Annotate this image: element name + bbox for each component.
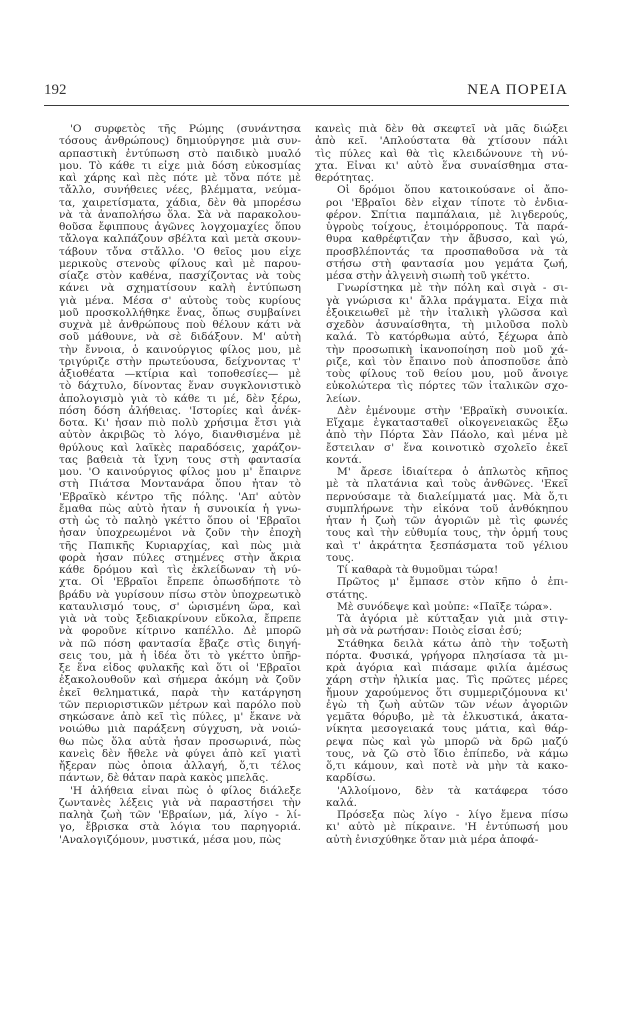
text-line: Τὰ ἀγόρια μὲ κύτταξαν γιὰ μιὰ στιγ- — [315, 613, 568, 625]
text-line: στὴ ὡς τὸ παληὸ γκέττο ὅπου οἱ 'Εβραῖοι — [48, 515, 301, 527]
right-column: κανεὶς πιὰ δὲν θὰ σκεφτεῖ νὰ μᾶς διώξειἀ… — [315, 123, 568, 846]
text-line: ζωντανὲς λέξεις γιὰ νὰ παραστήσει τὴν — [48, 797, 301, 809]
text-line: βράδυ νὰ γυρίσουν πίσω στὸν ὑποχρεωτικὸ — [48, 589, 301, 601]
text-line: ἀπολογισμὸ γιὰ τὸ κάθε τι μέ, δὲν ξέρω, — [48, 393, 301, 405]
text-line: ἔμαθα πὼς αὐτὸ ἦταν ἡ συνοικία ἡ γνω- — [48, 503, 301, 515]
text-line: καταυλισμό τους, σ' ὡρισμένη ὥρα, καὶ — [48, 601, 301, 613]
paragraph: 'Η ἀλήθεια εἶναι πὼς ὁ φίλος διάλεξεζωντ… — [48, 785, 301, 846]
text-line: 'Αναλογιζόμουν, μυστικά, μέσα μου, πὼς — [48, 834, 301, 846]
paragraph: Πρῶτος μ' ἔμπασε στὸν κῆπο ὁ ἐπι-στάτης. — [315, 576, 568, 601]
text-line: τάβουν τὄνα στἄλλο. 'Ο θεῖος μου εἶχε — [48, 246, 301, 258]
running-header: 192 ΝΕΑ ΠΟΡΕΙΑ — [44, 80, 568, 102]
text-line: ἀπὸ τὴν Πόρτα Σὰν Πάολο, καὶ μένα μὲ — [315, 429, 568, 441]
text-line: καὶ τ' ἀκράτητα ξεσπάσματα τοῦ γέλιου — [315, 540, 568, 552]
text-line: 'Η ἀλήθεια εἶναι πὼς ὁ φίλος διάλεξε — [48, 785, 301, 797]
text-line: γο, ἔβρισκα στὰ λόγια του παρηγοριά. — [48, 821, 301, 833]
text-line: γὰ γνώρισα κι' ἄλλα πράγματα. Εἶχα πιὰ — [315, 295, 568, 307]
text-line: στάτης. — [315, 589, 568, 601]
text-line: Στάθηκα δειλὰ κάτω ἀπὸ τὴν τοξωτὴ — [315, 638, 568, 650]
text-line: προσβλέποντάς τα προσπαθοῦσα νὰ τὰ — [315, 246, 568, 258]
text-line: τὶς πύλες καὶ θὰ τὶς κλειδώνουνε τὴ νύ- — [315, 148, 568, 160]
text-line: τἄλογα καλπάζουν σβέλτα καὶ μετὰ σκουν- — [48, 233, 301, 245]
text-line: σεις του, μὰ ἡ ἰδέα ὅτι τὸ γκέττο ὑπῆρ- — [48, 650, 301, 662]
text-line: 'Εβραϊκὸ κέντρο τῆς πόλης. 'Απ' αὐτὸν — [48, 491, 301, 503]
page-number: 192 — [44, 82, 67, 99]
text-line: σίαζε στὸν καθένα, πασχίζοντας νὰ τοὺς — [48, 270, 301, 282]
text-line: αὐτὴ ἐνισχύθηκε ὅταν μιὰ μέρα ἀποφά- — [315, 834, 568, 846]
text-line: ἀπὸ κεῖ. 'Απλούστατα θὰ χτίσουν πάλι — [315, 135, 568, 147]
text-line: καλά. — [315, 797, 568, 809]
text-line: καλά. Τὸ κατόρθωμα αὐτό, ξέχωρα ἀπὸ — [315, 331, 568, 343]
text-line: Πρόσεξα πὼς λίγο - λίγο ἔμενα πίσω — [315, 809, 568, 821]
text-line: γιὰ νὰ τοὺς ξεδιακρίνουν εὔκολα, ἔπρεπε — [48, 613, 301, 625]
text-line: τας βαθειὰ τὰ ἴχνη τους στὴ φαντασία — [48, 454, 301, 466]
text-line: ἐκεῖ θεληματικά, παρὰ τὴν κατάργηση — [48, 687, 301, 699]
text-line: ἔστειλαν σ' ἕνα κοινοτικὸ σχολεῖο ἐκεῖ — [315, 442, 568, 454]
text-line: μοῦ προσκολλήθηκε ἕνας, ὅπως συμβαίνει — [48, 307, 301, 319]
journal-title: ΝΕΑ ΠΟΡΕΙΑ — [467, 82, 568, 99]
paragraph: κανεὶς πιὰ δὲν θὰ σκεφτεῖ νὰ μᾶς διώξειἀ… — [315, 123, 568, 184]
text-line: χάρη στὴν ἡλικία μας. Τὶς πρῶτες μέρες — [315, 674, 568, 686]
text-line: 'Αλλοίμονο, δὲν τὰ κατάφερα τόσο — [315, 785, 568, 797]
text-line: ἀξιοθέατα —κτίρια καὶ τοποθεσίες— μὲ — [48, 368, 301, 380]
text-line: καὶ χάρης καὶ πὲς πότε μὲ τὄνα πότε μὲ — [48, 172, 301, 184]
text-line: ἐξακολουθοῦν καὶ σήμερα ἀκόμη νὰ ζοῦν — [48, 674, 301, 686]
text-line: Τί καθαρὰ τὰ θυμοῦμαι τώρα! — [315, 564, 568, 576]
text-line: Εἴχαμε ἐγκατασταθεῖ οἰκογενειακῶς ἔξω — [315, 417, 568, 429]
text-line: τῶν περιοριστικῶν μέτρων καὶ παρόλο ποὺ — [48, 699, 301, 711]
text-line: ἤμουν χαρούμενος ὅτι συμμεριζόμουνα κι' — [315, 687, 568, 699]
text-line: μὲ τὰ πλατάνια καὶ τοὺς ἀνθῶνες. 'Εκεῖ — [315, 478, 568, 490]
text-line: κανεὶς πιὰ δὲν θὰ σκεφτεῖ νὰ μᾶς διώξει — [315, 123, 568, 135]
text-line: τα, χαιρετίσματα, χάδια, δὲν θὰ μπορέσω — [48, 197, 301, 209]
text-line: τριγύριζε στὴν πρωτεύουσα, δείχνοντας τ' — [48, 356, 301, 368]
text-line: αρπαστικὴ ἐντύπωση στὸ παιδικὸ μυαλό — [48, 148, 301, 160]
text-line: εὐκολώτερα τὶς πόρτες τῶν ἰταλικῶν σχο- — [315, 380, 568, 392]
text-line: θω πὼς ὅλα αὐτὰ ἦσαν προσωρινά, πὼς — [48, 736, 301, 748]
header-rule — [44, 105, 569, 106]
text-line: ἐγὼ τὴ ζωὴ αὐτῶν τῶν νέων ἀγοριῶν — [315, 699, 568, 711]
text-line: ὑγροὺς τοίχους, ἑτοιμόρροπους. Τὰ παρά- — [315, 221, 568, 233]
text-line: θυρα καθρέφτιζαν τὴν ἄβυσσο, καὶ γώ, — [315, 233, 568, 245]
text-line: θρύλους καὶ λαϊκὲς παραδόσεις, χαράζον- — [48, 442, 301, 454]
text-line: νοιώθω μιὰ παράξενη σύγχυση, νὰ νοιώ- — [48, 723, 301, 735]
text-line: τόσους ἀνθρώπους) δημιούργησε μιὰ συν- — [48, 135, 301, 147]
text-line: τῆς Παπικῆς Κυριαρχίας, καὶ πὼς μιὰ — [48, 540, 301, 552]
text-line: κάθε δρόμου καὶ τὶς ἐκλείδωναν τὴ νύ- — [48, 564, 301, 576]
magazine-page: 192 ΝΕΑ ΠΟΡΕΙΑ 'Ο συρφετὸς τῆς Ρώμης (συ… — [0, 0, 623, 1024]
text-line: μερικοὺς στενοὺς φίλους καὶ μὲ παρου- — [48, 258, 301, 270]
text-line: φέρον. Σπίτια παμπάλαια, μὲ λιγδερούς, — [315, 209, 568, 221]
text-line: τοὺς φίλους τοῦ θείου μου, μοῦ ἄνοιγε — [315, 368, 568, 380]
text-line: ὅ,τι κάμουν, καὶ ποτὲ νὰ μὴν τὰ κακο- — [315, 760, 568, 772]
text-line: σχεδὸν ἀσυναίσθητα, τὴ μιλοῦσα πολὺ — [315, 319, 568, 331]
text-line: κάνει νὰ σχηματίσουν καλὴ ἐντύπωση — [48, 282, 301, 294]
text-line: ἦσαν ὑποχρεωμένοι νὰ ζοῦν τὴν ἐποχὴ — [48, 527, 301, 539]
text-line: γιὰ μένα. Μέσα σ' αὐτοὺς τοὺς κυρίους — [48, 295, 301, 307]
paragraph: Πρόσεξα πὼς λίγο - λίγο ἔμενα πίσωκι' αὐ… — [315, 809, 568, 846]
text-line: κανεὶς δὲν ἤθελε νὰ φύγει ἀπὸ κεῖ γιατὶ — [48, 748, 301, 760]
text-line: νὰ πῶ πόση φαντασία ἔβαζε στὶς διηγή- — [48, 638, 301, 650]
text-line: συχνὰ μὲ ἀνθρώπους ποὺ θέλουν κάτι νὰ — [48, 319, 301, 331]
text-line: τὸ δάχτυλο, δίνοντας ἕναν συγκλονιστικὸ — [48, 380, 301, 392]
text-line: δοτα. Κι' ἦσαν πιὸ πολὺ χρήσιμα ἔτσι γιὰ — [48, 417, 301, 429]
text-line: Μὲ συνόδεψε καὶ μοὖπε: «Παῖξε τώρα». — [315, 601, 568, 613]
text-line: ριζε, καὶ τὸν ἔπαινο ποὺ ἀποσποῦσε ἀπὸ — [315, 356, 568, 368]
text-line: παληὰ ζωὴ τῶν 'Εβραίων, μά, λίγο - λί- — [48, 809, 301, 821]
text-line: τἄλλο, συνήθειες νέες, βλέμματα, νεύμα- — [48, 184, 301, 196]
text-line: χτα. Οἱ 'Εβραῖοι ἔπρεπε ὁπωσδήποτε τὸ — [48, 576, 301, 588]
paragraph: Οἱ δρόμοι ὅπου κατοικούσανε οἱ ἄπο-ροι '… — [315, 184, 568, 282]
text-line: ἤξεραν πὼς ὁποια ἀλλαγή, ὅ,τι τέλος — [48, 760, 301, 772]
text-line: τους καὶ τὴν εὐθυμία τους, τὴν ὁρμή τους — [315, 527, 568, 539]
text-line: θοῦσα ἔφιππους ἀγῶνες λογχομαχίες ὅπου — [48, 221, 301, 233]
paragraph: Μὲ συνόδεψε καὶ μοὖπε: «Παῖξε τώρα». — [315, 601, 568, 613]
text-line: κρὰ ἀγόρια καὶ πιάσαμε φιλία ἀμέσως — [315, 662, 568, 674]
text-line: κοντά. — [315, 454, 568, 466]
text-line: Γνωρίστηκα μὲ τὴν πόλη καὶ σιγὰ - σι- — [315, 282, 568, 294]
text-line: τὴν προσωπικὴ ἱκανοποίηση ποὺ μοῦ χά- — [315, 344, 568, 356]
text-line: θερότητας. — [315, 172, 568, 184]
text-line: χτα. Εἶναι κι' αὐτὸ ἕνα συναίσθημα στα- — [315, 160, 568, 172]
text-line: φορὰ ἦσαν πύλες στημένες στὴν ἄκρια — [48, 552, 301, 564]
text-line: ἐξοικειωθεῖ μὲ τὴν ἰταλικὴ γλῶσσα καὶ — [315, 307, 568, 319]
text-line: τους. — [315, 552, 568, 564]
text-line: πόση δόση ἀλήθειας. 'Ιστορίες καὶ ἀνέκ- — [48, 405, 301, 417]
text-line: περνούσαμε τὰ διαλείμματά μας. Μὰ ὅ,τι — [315, 491, 568, 503]
text-line: ἦταν ἡ ζωὴ τῶν ἀγοριῶν μὲ τὶς φωνές — [315, 515, 568, 527]
text-line: αὐτὸν ἀκριβῶς τὸ λόγο, διανθισμένα μὲ — [48, 429, 301, 441]
text-line: νὰ φοροῦνε κίτρινο καπέλλο. Δὲ μπορῶ — [48, 625, 301, 637]
text-line: πόρτα. Φυσικά, γρήγορα πλησίασα τὰ μι- — [315, 650, 568, 662]
text-line: Μ' ἄρεσε ἰδιαίτερα ὁ ἀπλωτὸς κῆπος — [315, 466, 568, 478]
paragraph: Μ' ἄρεσε ἰδιαίτερα ὁ ἀπλωτὸς κῆποςμὲ τὰ … — [315, 466, 568, 564]
text-line: μέσα στὴν ἀλγεινὴ σιωπὴ τοῦ γκέττο. — [315, 270, 568, 282]
text-line: νὰ τὰ ἀναπολήσω ὅλα. Σὰ νὰ παρακολου- — [48, 209, 301, 221]
text-line: στήσω στὴ φαντασία μου γεμάτα ζωή, — [315, 258, 568, 270]
paragraph: Τί καθαρὰ τὰ θυμοῦμαι τώρα! — [315, 564, 568, 576]
paragraph: Δὲν ἐμένουμε στὴν 'Εβραϊκὴ συνοικία.Εἴχα… — [315, 405, 568, 466]
text-line: λείων. — [315, 393, 568, 405]
paragraph: Γνωρίστηκα μὲ τὴν πόλη καὶ σιγὰ - σι-γὰ … — [315, 282, 568, 405]
paragraph: Στάθηκα δειλὰ κάτω ἀπὸ τὴν τοξωτὴπόρτα. … — [315, 638, 568, 785]
text-line: Πρῶτος μ' ἔμπασε στὸν κῆπο ὁ ἐπι- — [315, 576, 568, 588]
text-line: τους, νὰ ζῶ στὸ ἴδιο ἐπίπεδο, νὰ κάμω — [315, 748, 568, 760]
text-line: μου. 'Ο καινούργιος φίλος μου μ' ἔπαιρνε — [48, 466, 301, 478]
text-line: καρδίσω. — [315, 772, 568, 784]
paragraph: Τὰ ἀγόρια μὲ κύτταξαν γιὰ μιὰ στιγ-μὴ σὰ… — [315, 613, 568, 638]
text-line: μὴ σὰ νὰ ρωτήσαν: Ποιὸς εἶσαι ἐσύ; — [315, 625, 568, 637]
text-line: στὴ Πιάτσα Μοντανάρα ὅπου ἦταν τὸ — [48, 478, 301, 490]
text-line: ξε ἕνα εἶδος φυλακῆς καὶ ὅτι οἱ 'Εβραῖοι — [48, 662, 301, 674]
text-line: σηκώσανε ἀπὸ κεῖ τὶς πύλες, μ' ἔκανε νὰ — [48, 711, 301, 723]
text-line: Δὲν ἐμένουμε στὴν 'Εβραϊκὴ συνοικία. — [315, 405, 568, 417]
text-line: γεμᾶτα θόρυβο, μὲ τὰ ἑλκυστικά, ἀκατα- — [315, 711, 568, 723]
text-line: Οἱ δρόμοι ὅπου κατοικούσανε οἱ ἄπο- — [315, 184, 568, 196]
text-line: συμπλήρωνε τὴν εἰκόνα τοῦ ἀνθόκηπου — [315, 503, 568, 515]
text-line: μου. Τὸ κάθε τι εἶχε μιὰ δόση εὐκοσμίας — [48, 160, 301, 172]
text-line: ρεψα πὼς καὶ γὼ μπορῶ νὰ δρῶ μαζύ — [315, 736, 568, 748]
text-line: τὴν ἔννοια, ὁ καινούργιος φίλος μου, μὲ — [48, 344, 301, 356]
paragraph: 'Ο συρφετὸς τῆς Ρώμης (συνάντησατόσους ἀ… — [48, 123, 301, 785]
paragraph: 'Αλλοίμονο, δὲν τὰ κατάφερα τόσοκαλά. — [315, 785, 568, 810]
text-line: σοῦ μάθουνε, νὰ σὲ διδάξουν. Μ' αὐτὴ — [48, 331, 301, 343]
text-line: 'Ο συρφετὸς τῆς Ρώμης (συνάντησα — [48, 123, 301, 135]
text-line: πάντων, δὲ θἆταν παρὰ κακὸς μπελᾶς. — [48, 772, 301, 784]
left-column: 'Ο συρφετὸς τῆς Ρώμης (συνάντησατόσους ἀ… — [48, 123, 301, 846]
text-line: κι' αὐτὸ μὲ πίκραινε. 'Η ἐντύπωσή μου — [315, 821, 568, 833]
text-line: νίκητα μεσογειακά τους μάτια, καὶ θάρ- — [315, 723, 568, 735]
text-line: ροι 'Εβραῖοι δὲν εἶχαν τίποτε τὸ ἐνδια- — [315, 197, 568, 209]
